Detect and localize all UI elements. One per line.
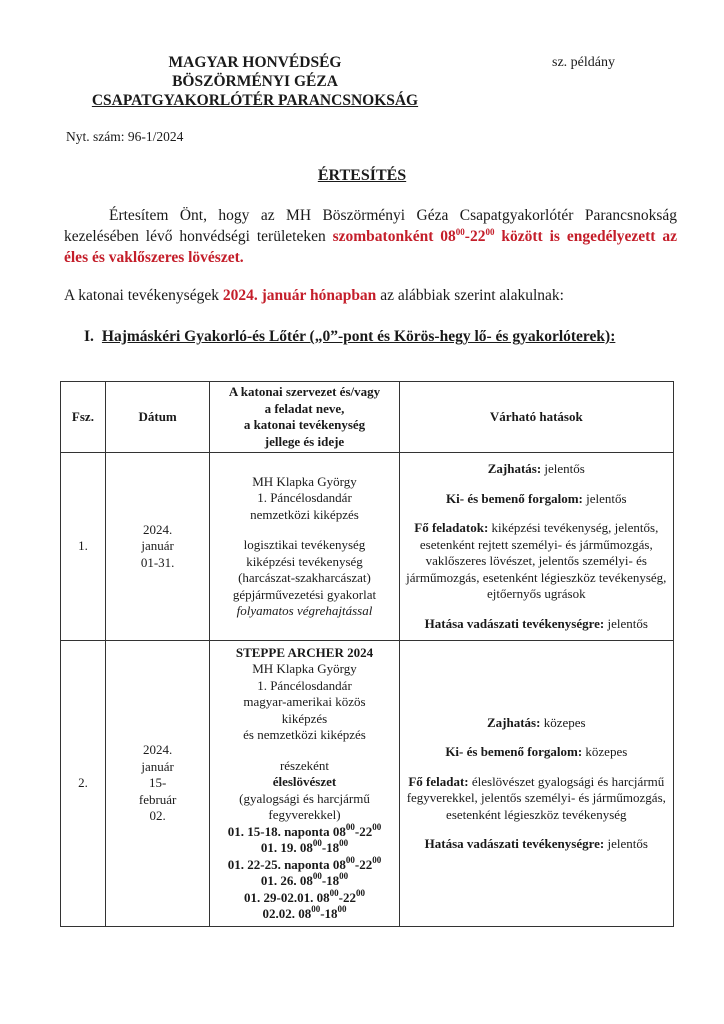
row-number: 1. [61,453,106,641]
schedule-line: 01. 26. 0800-1800 [214,873,394,890]
row-date: 2024.január15-február02. [105,641,210,927]
org-line-1: MAGYAR HONVÉDSÉG [84,53,426,72]
schedule-line: 01. 19. 0800-1800 [214,840,394,857]
copy-number-label: sz. példány [552,55,615,71]
schedule-list: 01. 15-18. naponta 0800-220001. 19. 0800… [214,824,394,923]
row-task: STEPPE ARCHER 2024 MH Klapka György1. Pá… [210,641,399,927]
table-row: 1. 2024.január01-31. MH Klapka György1. … [61,453,674,641]
organization-header: MAGYAR HONVÉDSÉG BÖSZÖRMÉNYI GÉZA CSAPAT… [84,53,426,110]
schedule-line: 02.02. 0800-1800 [214,906,394,923]
schedule-line: 01. 22-25. naponta 0800-2200 [214,857,394,874]
row-effects: Zajhatás: jelentős Ki- és bemenő forgalo… [399,453,673,641]
header-task: A katonai szervezet és/vagya feladat nev… [210,382,399,453]
header-effects: Várható hatások [399,382,673,453]
intro-paragraph: Értesítem Önt, hogy az MH Böszörményi Gé… [64,205,677,268]
row-number: 2. [61,641,106,927]
header-no: Fsz. [61,382,106,453]
row-date: 2024.január01-31. [105,453,210,641]
document-title: ÉRTESÍTÉS [0,167,724,185]
month-highlight: 2024. január hónapban [223,287,376,304]
table-header-row: Fsz. Dátum A katonai szervezet és/vagya … [61,382,674,453]
org-line-2: BÖSZÖRMÉNYI GÉZA [84,72,426,91]
row-task: MH Klapka György1. Páncélosdandárnemzetk… [210,453,399,641]
row-effects: Zajhatás: közepes Ki- és bemenő forgalom… [399,641,673,927]
schedule-table: Fsz. Dátum A katonai szervezet és/vagya … [60,381,674,927]
reference-number: Nyt. szám: 96-1/2024 [66,129,183,145]
table-row: 2. 2024.január15-február02. STEPPE ARCHE… [61,641,674,927]
section-heading: I.Hajmáskéri Gyakorló-és Lőtér („0”-pont… [84,328,615,346]
schedule-line: 01. 15-18. naponta 0800-2200 [214,824,394,841]
schedule-line: 01. 29-02.01. 0800-2200 [214,890,394,907]
month-line: A katonai tevékenységek 2024. január hón… [64,287,564,305]
section-title: Hajmáskéri Gyakorló-és Lőtér („0”-pont é… [102,328,615,345]
section-number: I. [84,328,94,345]
header-date: Dátum [105,382,210,453]
org-line-3: CSAPATGYAKORLÓTÉR PARANCSNOKSÁG [84,91,426,110]
